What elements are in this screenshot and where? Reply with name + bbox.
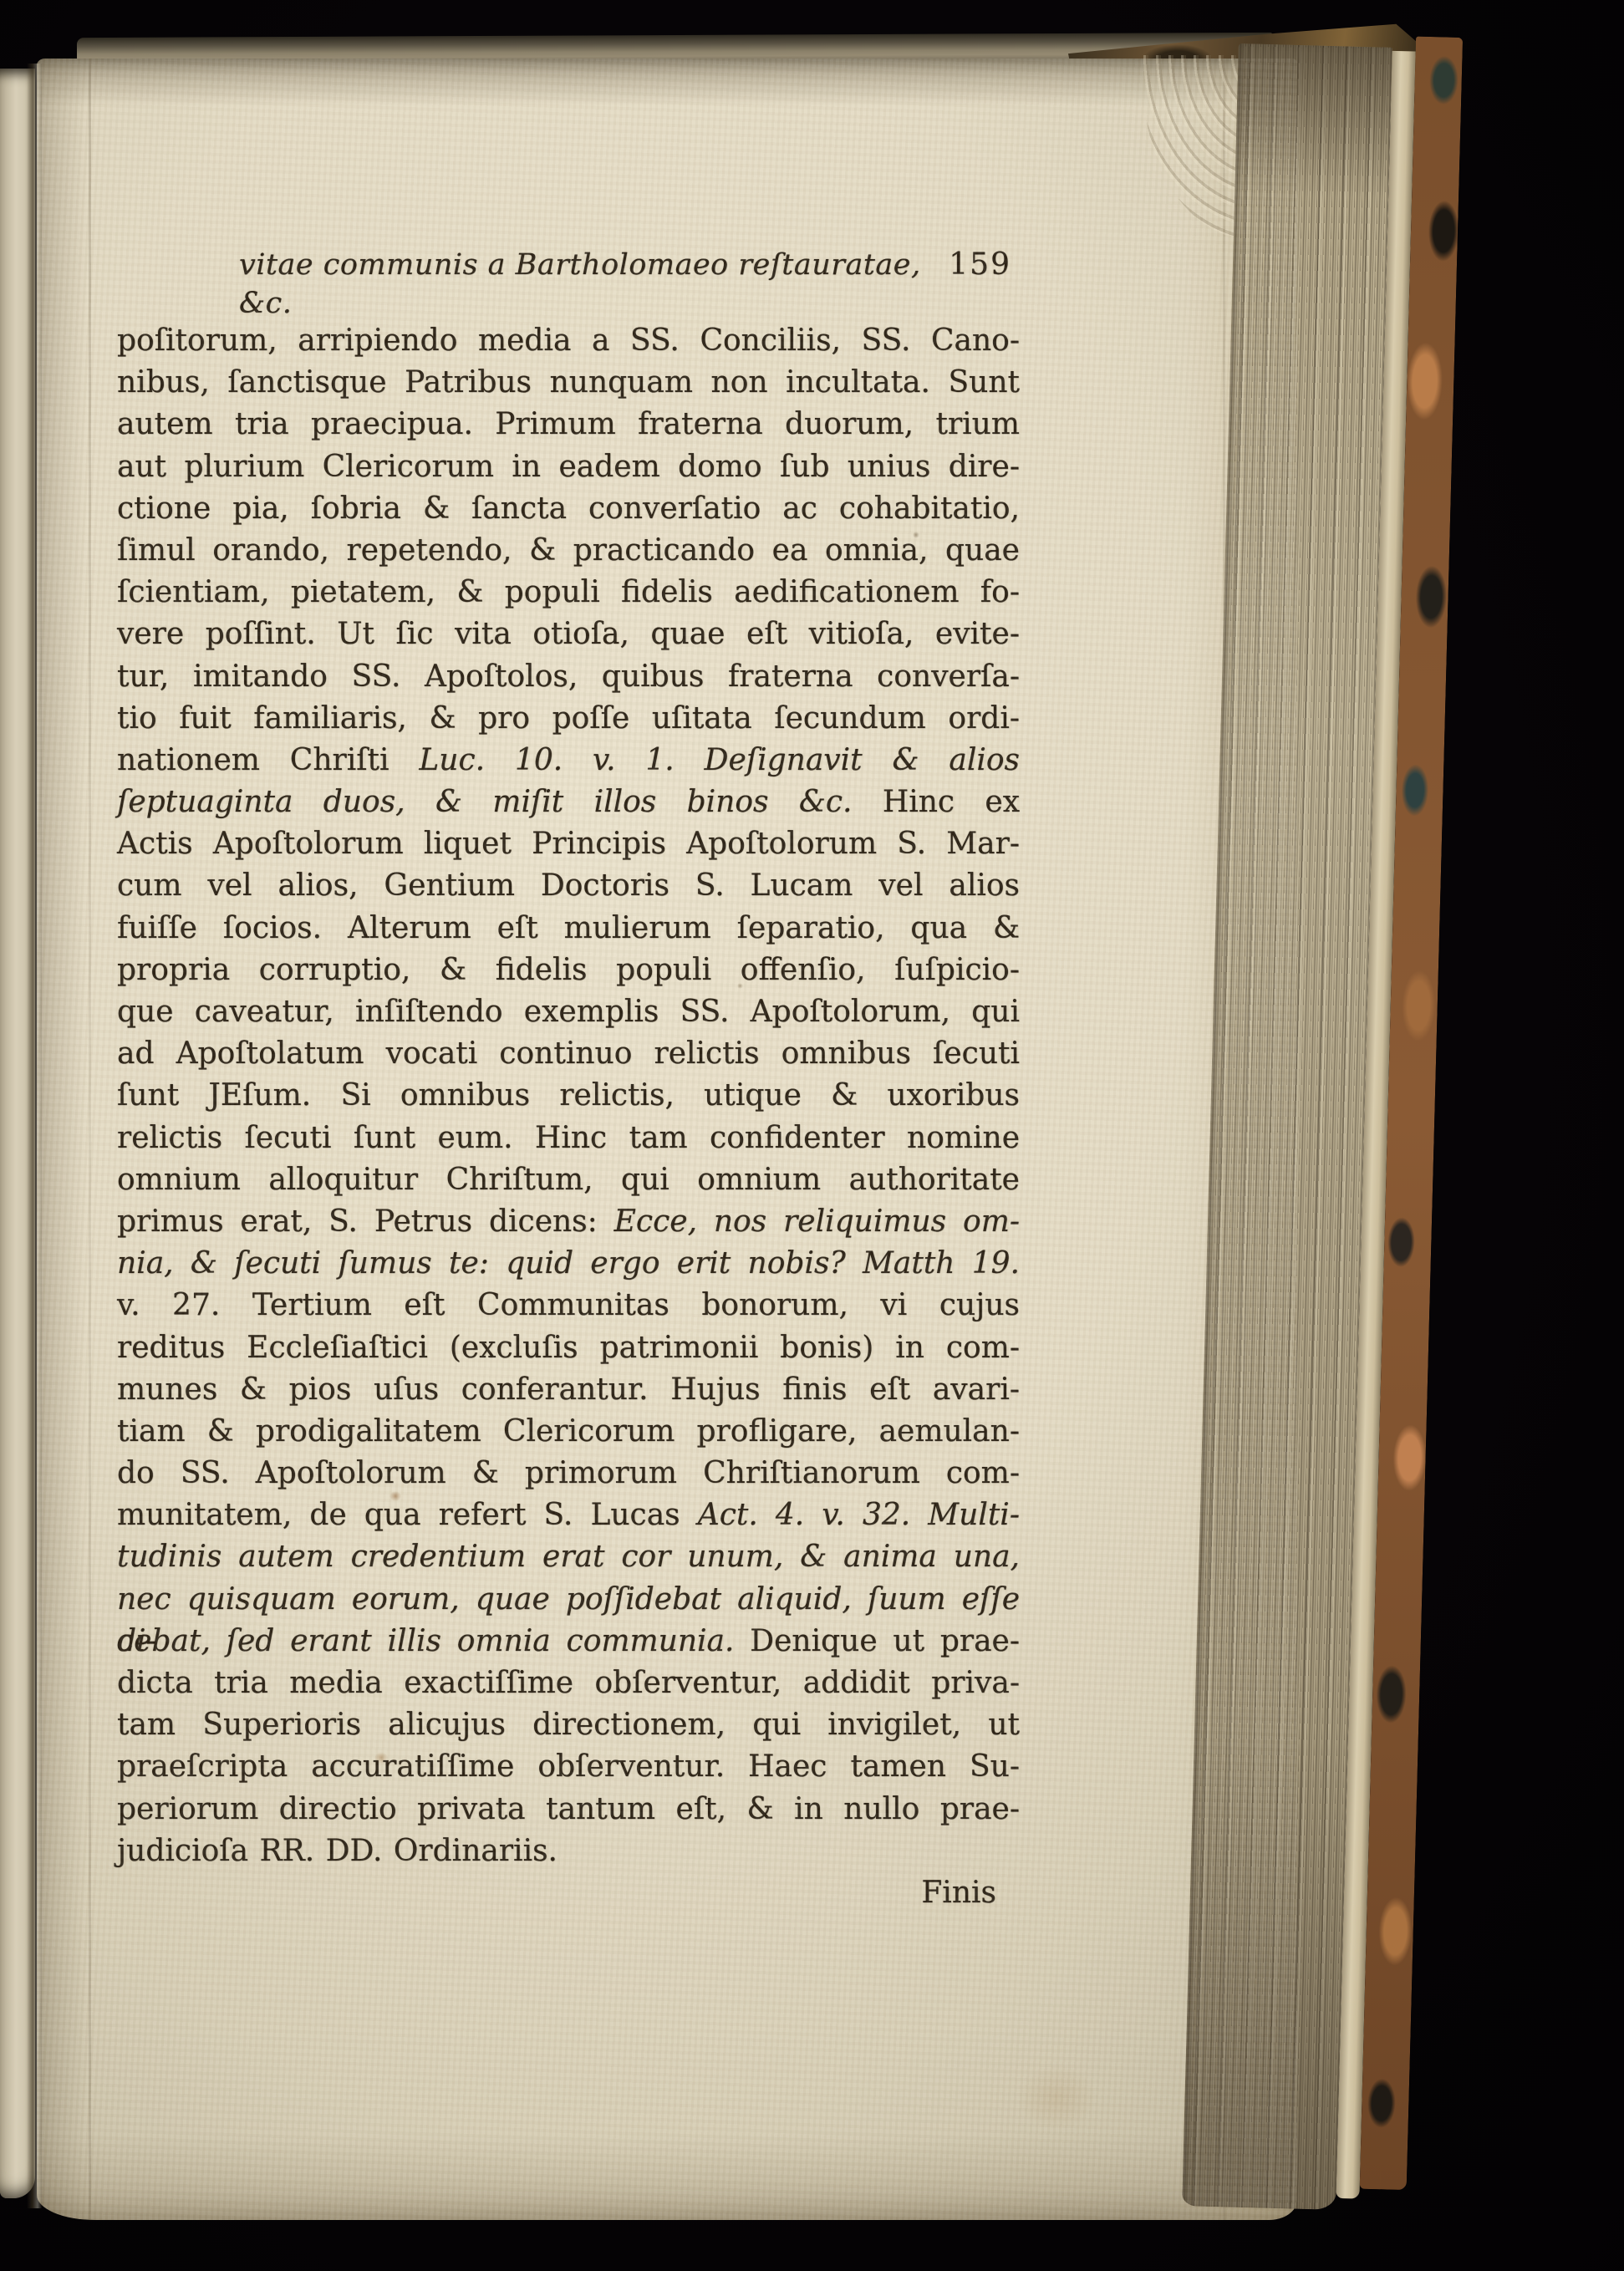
text-segment: Luc. 10. v. 1. Deſignavit & alios [419,743,1020,777]
text-line: omnium alloquitur Chriſtum, qui omnium a… [117,1159,1020,1201]
text-segment: Actis Apoſtolorum liquet Principis Apoſt… [117,827,1020,861]
text-line: ſimul orando, repetendo, & practicando e… [117,530,1020,572]
text-line: Actis Apoſtolorum liquet Principis Apoſt… [117,823,1020,865]
text-segment: nationem Chriſti [117,743,419,777]
running-title: vitae communis a Bartholomaeo reſtaurata… [239,246,949,323]
text-segment: tiam & prodigalitatem Clericorum proflig… [117,1414,1020,1449]
text-segment: ſcientiam, pietatem, & populi fidelis ae… [117,575,1020,609]
text-segment: munes & pios uſus conferantur. Hujus fin… [117,1372,1020,1407]
text-line: cebat, ſed erant illis omnia communia. D… [117,1621,1020,1663]
text-line: ſeptuaginta duos, & miſit illos binos &c… [117,782,1020,823]
text-segment: nibus, ſanctisque Patribus nunquam non i… [117,365,1020,400]
text-line: fuiſſe ſocios. Alterum eſt mulierum ſepa… [117,908,1020,950]
text-line: tur, imitando SS. Apoſtolos, quibus frat… [117,656,1020,698]
text-segment: dicta tria media exactiſſime obſerventur… [117,1666,1020,1700]
text-segment: ſunt JEſum. Si omnibus relictis, utique … [117,1078,1020,1113]
text-segment: tam Superioris alicujus directionem, qui… [117,1708,1020,1742]
text-segment: propria corruptio, & fidelis populi offe… [117,953,1020,987]
text-segment: munitatem, de qua refert S. Lucas [117,1498,698,1532]
text-segment: fuiſſe ſocios. Alterum eſt mulierum ſepa… [117,911,1020,945]
text-segment: nia, & ſecuti ſumus te: quid ergo erit n… [117,1246,1020,1281]
page-header: vitae communis a Bartholomaeo reſtaurata… [117,246,1020,284]
text-segment: relictis ſecuti ſunt eum. Hinc tam confi… [117,1121,1020,1155]
text-segment: Hinc ex [883,785,1020,819]
finis-label: Finis [117,1873,1020,1913]
text-segment: Ecce, nos reliquimus om- [614,1204,1020,1239]
text-line: nationem Chriſti Luc. 10. v. 1. Deſignav… [117,740,1020,782]
text-segment: judicioſa RR. DD. Ordinariis. [117,1834,557,1868]
text-segment: autem tria praecipua. Primum fraterna du… [117,407,1020,441]
text-line: que caveatur, inſiſtendo exemplis SS. Ap… [117,991,1020,1033]
gutter-crease [27,64,42,2208]
text-segment: que caveatur, inſiſtendo exemplis SS. Ap… [117,995,1020,1029]
text-line: judicioſa RR. DD. Ordinariis. [117,1831,1020,1872]
text-segment: ctione pia, ſobria & ſancta converſatio … [117,491,1020,526]
text-segment: do SS. Apoſtolorum & primorum Chriſtiano… [117,1456,1020,1490]
text-line: tio fuit familiaris, & pro poſſe uſitata… [117,698,1020,740]
text-line: autem tria praecipua. Primum fraterna du… [117,404,1020,446]
text-segment: tur, imitando SS. Apoſtolos, quibus frat… [117,659,1020,694]
text-line: ad Apoſtolatum vocati continuo relictis … [117,1033,1020,1075]
text-segment: Act. 4. v. 32. Multi- [698,1498,1020,1532]
text-segment: vere poſſint. Ut ſic vita otioſa, quae e… [117,617,1020,651]
text-segment: omnium alloquitur Chriſtum, qui omnium a… [117,1163,1020,1197]
body-text: poſitorum, arripiendo media a SS. Concil… [117,320,1020,1872]
text-segment: ſimul orando, repetendo, & practicando e… [117,533,1020,568]
text-line: nibus, ſanctisque Patribus nunquam non i… [117,362,1020,404]
text-line: tudinis autem credentium erat cor unum, … [117,1536,1020,1578]
printed-text-area: vitae communis a Bartholomaeo reſtaurata… [117,246,1020,1913]
text-line: ctione pia, ſobria & ſancta converſatio … [117,488,1020,530]
text-line: nec quisquam eorum, quae poſſidebat aliq… [117,1579,1020,1621]
text-segment: ſeptuaginta duos, & miſit illos binos &c… [117,785,883,819]
text-segment: cum vel alios, Gentium Doctoris S. Lucam… [117,868,1020,903]
text-segment: v. 27. Tertium eſt Communitas bonorum, v… [117,1288,1020,1322]
text-line: tiam & prodigalitatem Clericorum proflig… [117,1411,1020,1453]
text-segment: poſitorum, arripiendo media a SS. Concil… [117,323,1020,358]
text-segment: tio fuit familiaris, & pro poſſe uſitata… [117,701,1020,736]
text-line: propria corruptio, & fidelis populi offe… [117,950,1020,991]
book-scan-photo: vitae communis a Bartholomaeo reſtaurata… [0,0,1624,2271]
text-segment: reditus Eccleſiaſtici (excluſis patrimon… [117,1331,1020,1365]
text-segment: cebat, ſed erant illis omnia communia. [117,1624,750,1658]
text-line: munes & pios uſus conferantur. Hujus fin… [117,1369,1020,1411]
text-segment: ad Apoſtolatum vocati continuo relictis … [117,1036,1020,1071]
text-segment: Denique ut prae- [750,1624,1020,1658]
page-number: 159 [949,246,1011,284]
book-right-edge [1182,38,1523,2223]
text-line: periorum directio privata tantum eſt, & … [117,1789,1020,1831]
text-line: v. 27. Tertium eſt Communitas bonorum, v… [117,1285,1020,1326]
text-segment: praeſcripta accuratiſſime obſerventur. H… [117,1749,1020,1784]
text-line: munitatem, de qua refert S. Lucas Act. 4… [117,1494,1020,1536]
text-segment: primus erat, S. Petrus dicens: [117,1204,614,1239]
text-segment: periorum directio privata tantum eſt, & … [117,1792,1020,1826]
text-line: vere poſſint. Ut ſic vita otioſa, quae e… [117,614,1020,655]
text-line: do SS. Apoſtolorum & primorum Chriſtiano… [117,1453,1020,1494]
text-line: aut plurium Clericorum in eadem domo ſub… [117,446,1020,488]
text-line: nia, & ſecuti ſumus te: quid ergo erit n… [117,1243,1020,1285]
text-line: tam Superioris alicujus directionem, qui… [117,1704,1020,1746]
text-segment: tudinis autem credentium erat cor unum, … [117,1540,1020,1574]
text-line: ſcientiam, pietatem, & populi fidelis ae… [117,572,1020,614]
text-line: ſunt JEſum. Si omnibus relictis, utique … [117,1075,1020,1117]
text-line: cum vel alios, Gentium Doctoris S. Lucam… [117,865,1020,907]
text-line: primus erat, S. Petrus dicens: Ecce, nos… [117,1201,1020,1243]
text-line: poſitorum, arripiendo media a SS. Concil… [117,320,1020,362]
text-segment: aut plurium Clericorum in eadem domo ſub… [117,450,1020,484]
text-line: dicta tria media exactiſſime obſerventur… [117,1663,1020,1704]
text-line: reditus Eccleſiaſtici (excluſis patrimon… [117,1327,1020,1369]
text-line: relictis ſecuti ſunt eum. Hinc tam confi… [117,1118,1020,1159]
text-line: praeſcripta accuratiſſime obſerventur. H… [117,1746,1020,1788]
